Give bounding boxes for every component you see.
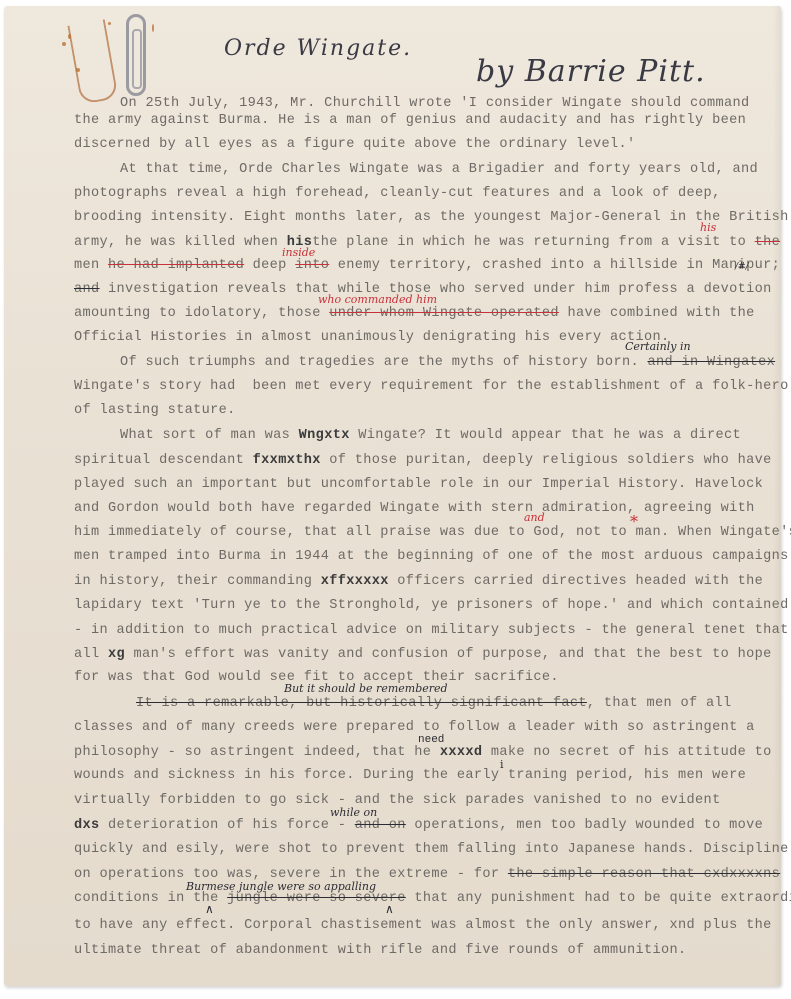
annotation-inside: inside <box>282 246 315 259</box>
asterisk-mark: * <box>630 512 638 531</box>
text-line: Of such triumphs and tragedies are the m… <box>120 355 775 370</box>
annotation-but-it-should: But it should be remembered <box>284 682 448 695</box>
annotation-mark: /#/ <box>735 262 749 272</box>
typescript-page: Orde Wingate. by Barrie Pitt. <box>4 6 781 986</box>
text-line: men he had implanted deep into enemy ter… <box>74 258 780 273</box>
text-line: on operations too was, severe in the ext… <box>74 867 780 882</box>
text-line: all xg man's effort was vanity and confu… <box>74 647 772 662</box>
caret-mark: ∧ <box>385 902 394 916</box>
text-line: played such an important but uncomfortab… <box>74 477 763 492</box>
text-line: wounds and sickness in his force. During… <box>74 768 746 783</box>
caret-mark: ∧ <box>205 902 214 916</box>
text-line: lapidary text 'Turn ye to the Stronghold… <box>74 598 789 613</box>
rust-stain <box>67 19 118 104</box>
annotation-and: and <box>524 511 545 524</box>
text-line: discerned by all eyes as a figure quite … <box>74 137 636 152</box>
rust-spot <box>62 42 66 46</box>
text-line: of lasting stature. <box>74 403 236 418</box>
handwritten-title: Orde Wingate. <box>224 36 412 61</box>
text-line: him immediately of course, that all prai… <box>74 525 791 540</box>
handwritten-author: by Barrie Pitt. <box>476 54 706 89</box>
rust-spot <box>108 22 111 25</box>
text-line: conditions in the jungle were so severe … <box>74 891 791 906</box>
annotation-his: his <box>700 221 716 234</box>
text-line: Official Histories in almost unanimously… <box>74 330 670 345</box>
annotation-certainly: Certainly in <box>625 340 691 353</box>
annotation-who-commanded: who commanded him <box>318 293 437 306</box>
text-line: army, he was killed when histhe plane in… <box>74 235 780 250</box>
text-line: - in addition to much practical advice o… <box>74 623 789 638</box>
text-line: photographs reveal a high forehead, clea… <box>74 186 721 201</box>
text-line: spiritual descendant fxxmxthx of those p… <box>74 453 772 468</box>
text-line: in history, their commanding xffxxxxx of… <box>74 574 763 589</box>
text-line: Wingate's story had been met every requi… <box>74 379 789 394</box>
text-line: philosophy - so astringent indeed, that … <box>74 745 772 760</box>
text-line: At that time, Orde Charles Wingate was a… <box>120 162 758 177</box>
text-line: dxs deterioration of his force - and on … <box>74 818 763 833</box>
text-line: quickly and esily, were shot to prevent … <box>74 842 789 857</box>
text-line: the army against Burma. He is a man of g… <box>74 113 746 128</box>
text-line: classes and of many creeds were prepared… <box>74 720 755 735</box>
text-line: men tramped into Burma in 1944 at the be… <box>74 549 789 564</box>
rust-spot <box>152 24 154 32</box>
text-line: to have any effect. Corporal chastisemen… <box>74 918 772 933</box>
text-line: What sort of man was Wngxtx Wingate? It … <box>120 428 741 443</box>
text-line: brooding intensity. Eight months later, … <box>74 210 789 225</box>
text-line: It is a remarkable, but historically sig… <box>136 696 732 711</box>
rust-spot <box>76 68 80 72</box>
text-line: virtually forbidden to go sick - and the… <box>74 793 721 808</box>
rust-spot <box>68 34 71 39</box>
paperclip-icon <box>126 14 146 96</box>
text-line: and Gordon would both have regarded Wing… <box>74 501 755 516</box>
text-line: On 25th July, 1943, Mr. Churchill wrote … <box>120 96 750 111</box>
text-line: amounting to idolatory, those under whom… <box>74 306 755 321</box>
text-line: ultimate threat of abandonment with rifl… <box>74 943 687 958</box>
